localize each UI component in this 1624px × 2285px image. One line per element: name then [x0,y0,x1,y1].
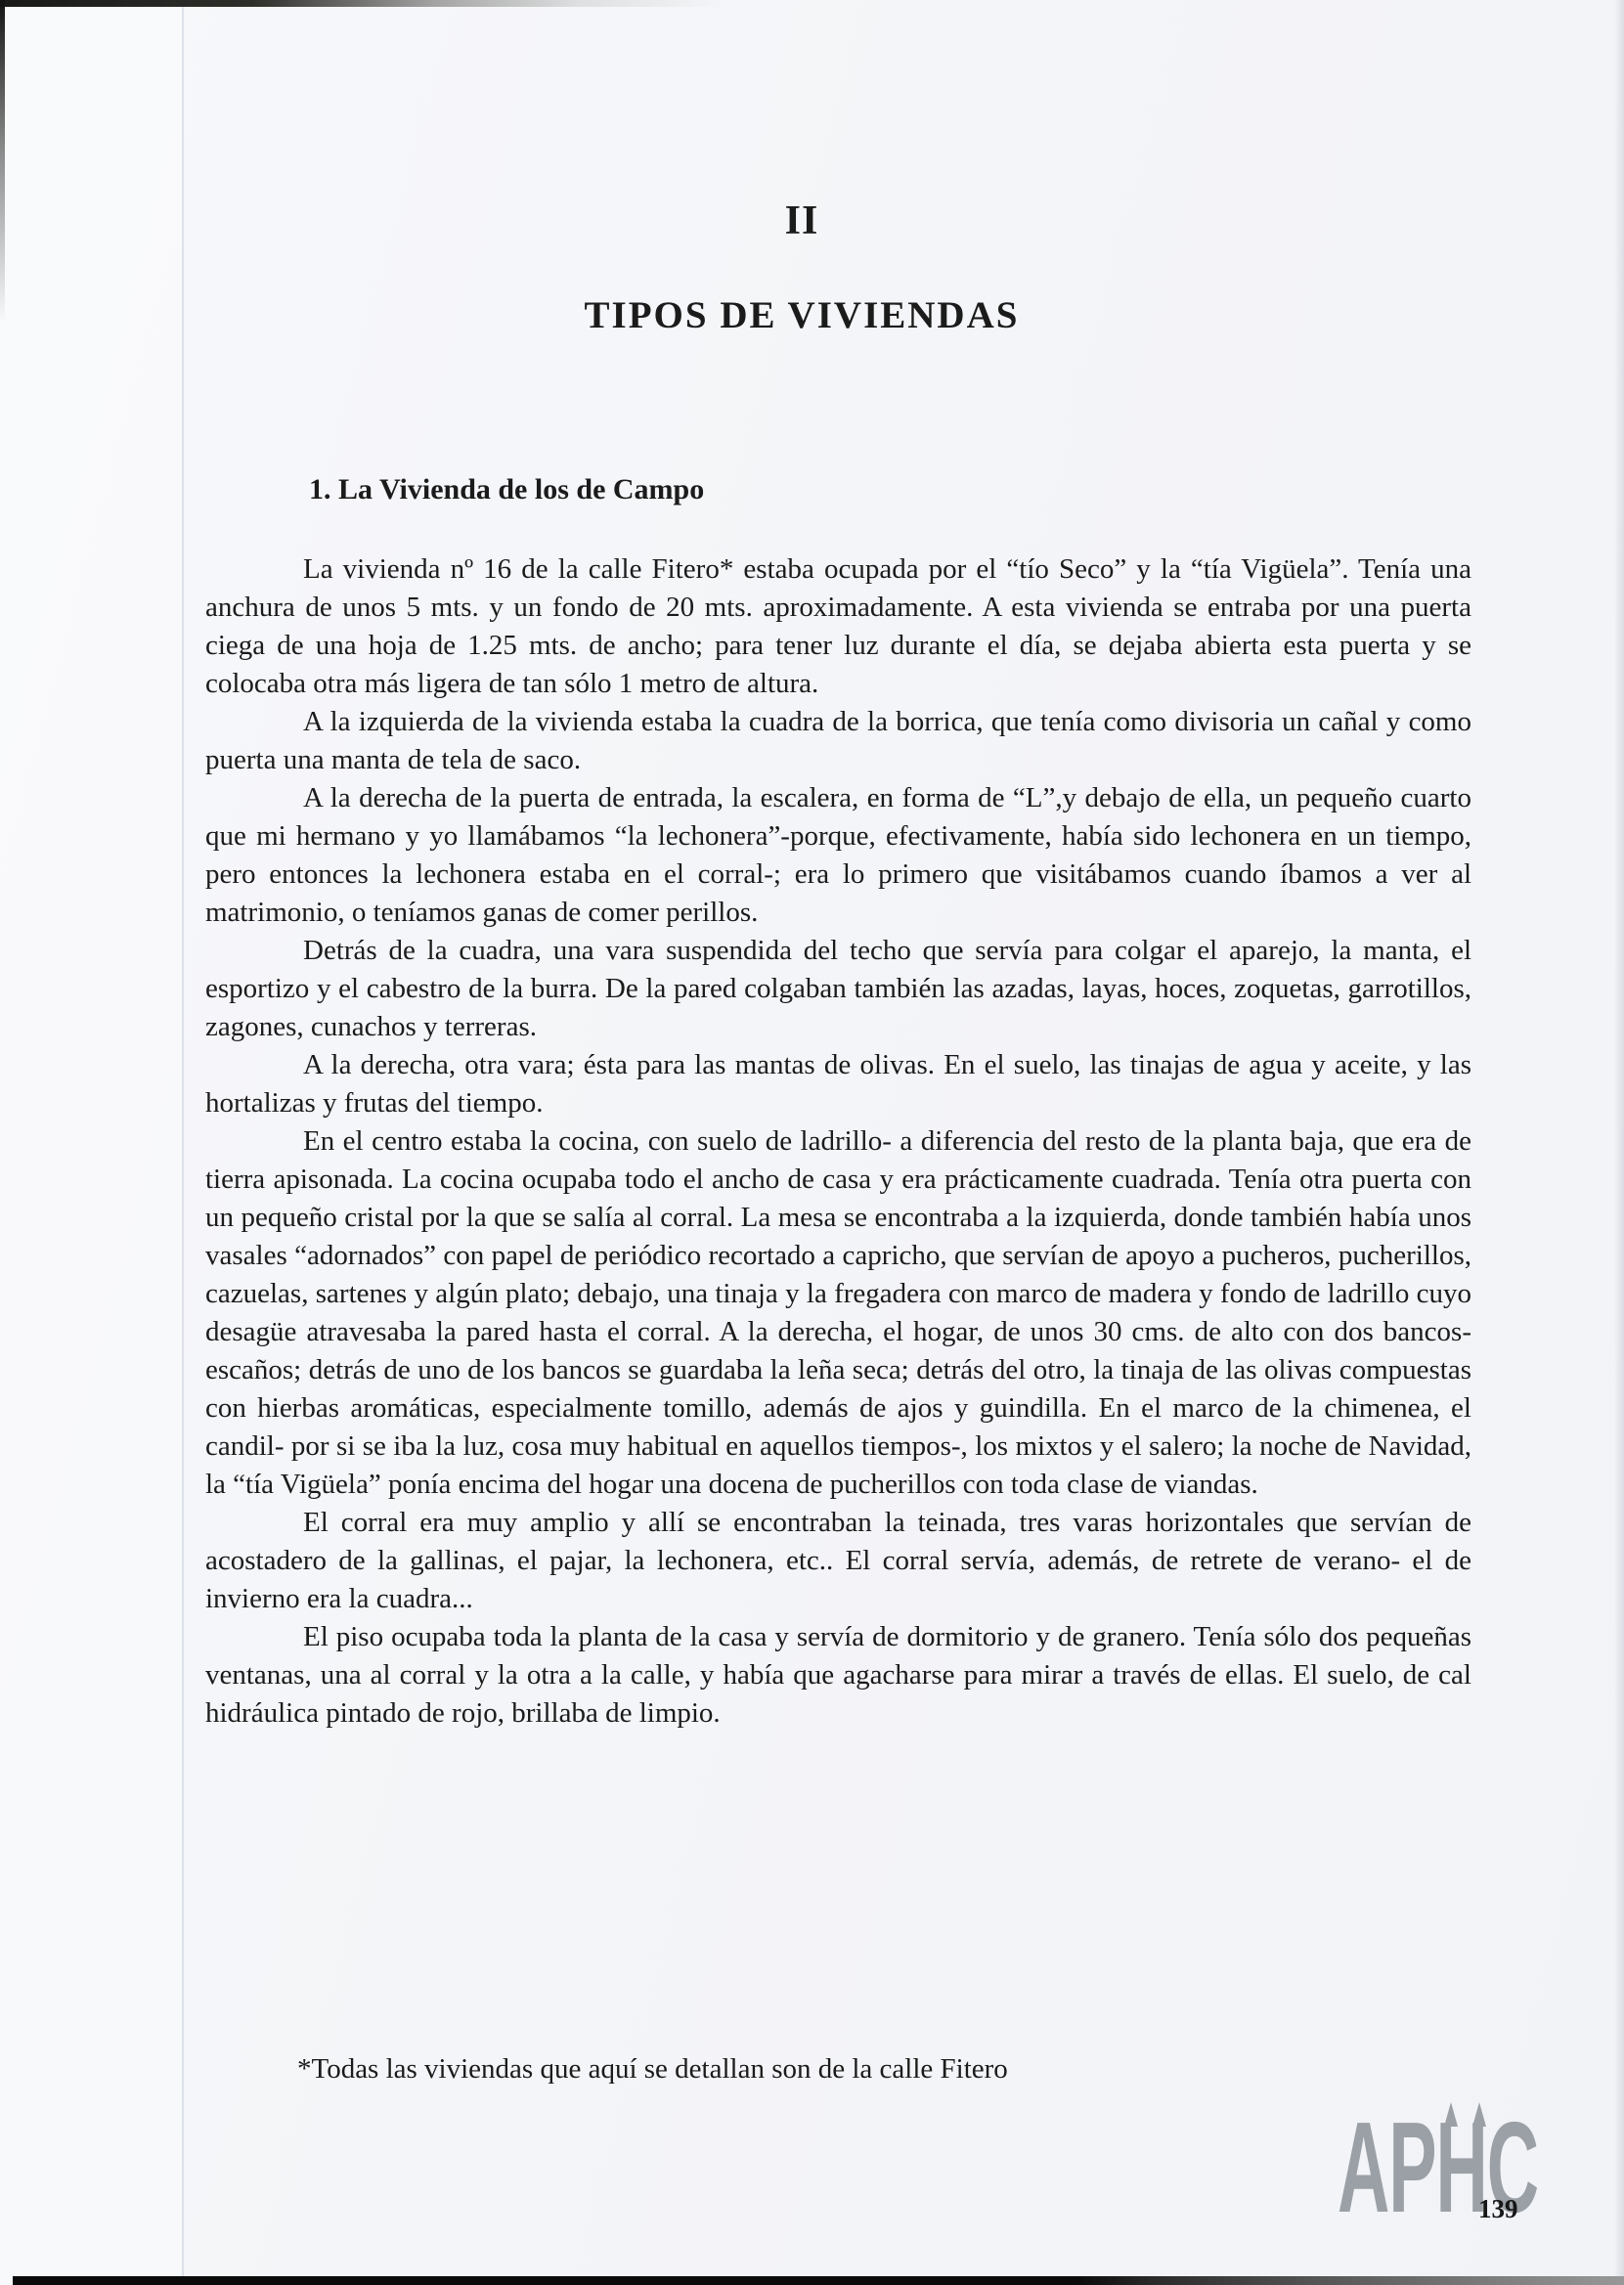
paragraph: En el centro estaba la cocina, con suelo… [205,1122,1471,1504]
scan-artifact-left-edge [0,0,5,323]
scan-artifact-right-edge [1614,0,1624,2285]
paragraph: El corral era muy amplio y allí se encon… [205,1504,1471,1618]
paragraph: El piso ocupaba toda la planta de la cas… [205,1618,1471,1733]
paragraph: A la derecha de la puerta de entrada, la… [205,779,1471,932]
paragraph: Detrás de la cuadra, una vara suspendida… [205,932,1471,1046]
paragraph: La vivienda nº 16 de la calle Fitero* es… [205,550,1471,703]
scan-fold-line [182,0,184,2285]
paragraph: A la derecha, otra vara; ésta para las m… [205,1046,1471,1122]
paragraph: A la izquierda de la vivienda estaba la … [205,703,1471,779]
chapter-number: II [156,200,1447,242]
body-text: La vivienda nº 16 de la calle Fitero* es… [205,550,1471,1733]
tower-spire-icon [1472,2102,1486,2127]
page-number: 139 [1478,2194,1518,2224]
scanned-book-page: II TIPOS DE VIVIENDAS 1. La Vivienda de … [0,0,1624,2285]
scan-artifact-top-edge [0,0,724,7]
scan-left-page-fold-area [0,0,182,2285]
page-header: II TIPOS DE VIVIENDAS [156,200,1447,334]
section-heading: 1. La Vivienda de los de Campo [309,473,704,506]
footnote: *Todas las viviendas que aquí se detalla… [297,2053,1008,2086]
scan-artifact-bottom-bar [13,2276,1624,2285]
page-title: TIPOS DE VIVIENDAS [156,296,1447,334]
tower-spire-icon [1444,2102,1458,2127]
